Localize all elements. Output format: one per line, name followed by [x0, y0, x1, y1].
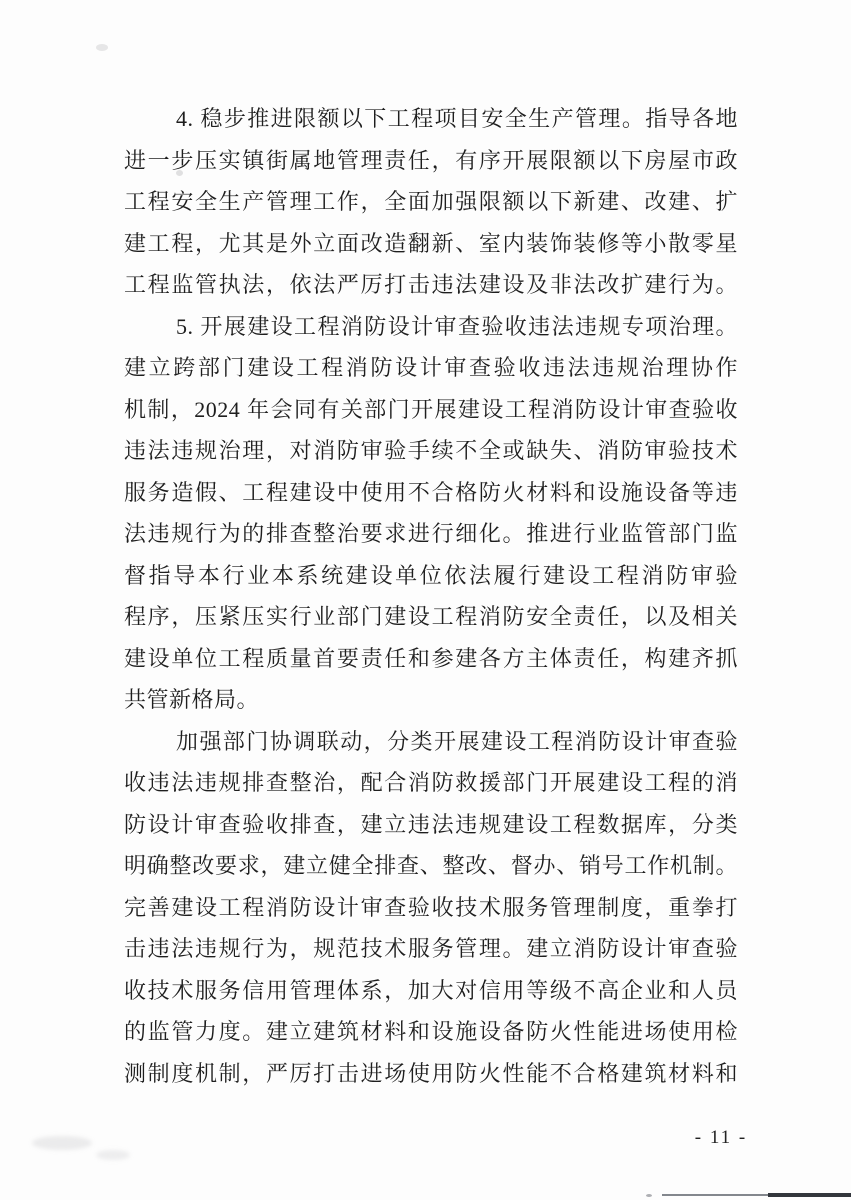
text-line: 进一步压实镇街属地管理责任，有序开展限额以下房屋市政 [124, 140, 738, 182]
text-line: 击违法违规行为，规范技术服务管理。建立消防设计审查验 [124, 928, 738, 970]
page-number: - 11 - [686, 1127, 756, 1149]
text-line: 法违规行为的排查整治要求进行细化。推进行业监管部门监 [124, 513, 738, 555]
scan-speck [96, 44, 108, 51]
text-line: 明确整改要求，建立健全排查、整改、督办、销号工作机制。 [124, 845, 738, 887]
text-line: 防设计审查验收排查，建立违法违规建设工程数据库，分类 [124, 804, 738, 846]
scan-edge-line-light [662, 1194, 774, 1196]
text-line: 完善建设工程消防设计审查验收技术服务管理制度，重拳打 [124, 887, 738, 929]
scan-speck [32, 1136, 92, 1150]
text-line: 程序，压紧压实行业部门建设工程消防安全责任，以及相关 [124, 596, 738, 638]
scan-edge-line-dark [768, 1193, 851, 1197]
text-line: 建立跨部门建设工程消防设计审查验收违法违规治理协作 [124, 347, 738, 389]
document-page: 4. 稳步推进限额以下工程项目安全生产管理。指导各地 进一步压实镇街属地管理责任… [0, 0, 851, 1200]
text-line: 服务造假、工程建设中使用不合格防火材料和设施设备等违 [124, 472, 738, 514]
text-line: 工程安全生产管理工作，全面加强限额以下新建、改建、扩 [124, 181, 738, 223]
text-line: 督指导本行业本系统建设单位依法履行建设工程消防审验 [124, 555, 738, 597]
text-line: 收技术服务信用管理体系，加大对信用等级不高企业和人员 [124, 970, 738, 1012]
document-body: 4. 稳步推进限额以下工程项目安全生产管理。指导各地 进一步压实镇街属地管理责任… [124, 98, 738, 1094]
text-line: 加强部门协调联动，分类开展建设工程消防设计审查验 [124, 721, 738, 763]
text-line: 建工程，尤其是外立面改造翻新、室内装饰装修等小散零星 [124, 223, 738, 265]
text-line: 工程监管执法，依法严厉打击违法建设及非法改扩建行为。 [124, 264, 738, 306]
text-line: 建设单位工程质量首要责任和参建各方主体责任，构建齐抓 [124, 638, 738, 680]
text-line: 机制，2024 年会同有关部门开展建设工程消防设计审查验收 [124, 389, 738, 431]
text-line: 共管新格局。 [124, 679, 738, 721]
text-line: 5. 开展建设工程消防设计审查验收违法违规专项治理。 [124, 306, 738, 348]
text-line: 的监管力度。建立建筑材料和设施设备防火性能进场使用检 [124, 1011, 738, 1053]
text-line: 4. 稳步推进限额以下工程项目安全生产管理。指导各地 [124, 98, 738, 140]
text-line: 测制度机制，严厉打击进场使用防火性能不合格建筑材料和 [124, 1053, 738, 1095]
scan-speck [96, 1150, 130, 1160]
scan-speck [646, 1194, 652, 1197]
text-line: 收违法违规排查整治，配合消防救援部门开展建设工程的消 [124, 762, 738, 804]
text-line: 违法违规治理，对消防审验手续不全或缺失、消防审验技术 [124, 430, 738, 472]
